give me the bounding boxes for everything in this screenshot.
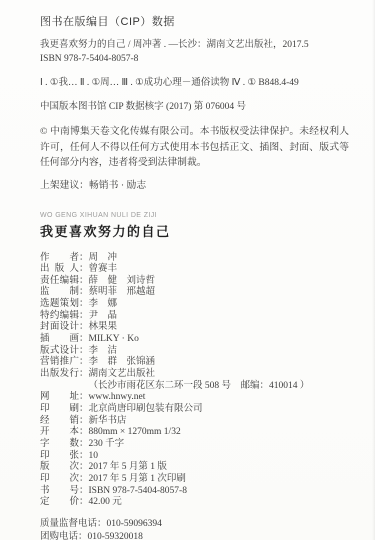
- credit-colon: ：: [79, 439, 89, 449]
- credit-label: 网址: [40, 392, 79, 404]
- credit-colon: ：: [79, 276, 89, 286]
- credit-label: 出版发行: [40, 369, 79, 381]
- quality-supervision-phone: 质量监督电话：010-59096394: [40, 518, 349, 531]
- credit-label: 经销: [40, 416, 79, 428]
- credit-value: 2017 年 5 月第 1 次印刷: [89, 474, 186, 486]
- credit-colon: ：: [79, 287, 89, 297]
- credit-row-author: 作者：周 冲: [40, 253, 349, 265]
- credit-value: MILKY · Ko: [89, 334, 139, 346]
- credit-colon: ：: [79, 392, 89, 402]
- credit-value: 蔡明菲 邢越超: [89, 287, 156, 299]
- cip-isbn: ISBN 978-7-5404-8057-8: [40, 53, 349, 67]
- credit-row-illustration: 插画：MILKY · Ko: [40, 334, 349, 346]
- credit-row-topic-planning: 选题策划：李 娜: [40, 299, 349, 311]
- credit-colon: ：: [79, 334, 89, 344]
- credit-value: 曾赛丰: [89, 264, 118, 276]
- credit-row-layout-design: 版式设计：李 洁: [40, 346, 349, 358]
- credit-colon: ：: [79, 253, 89, 263]
- credit-label: 版次: [40, 462, 79, 474]
- credit-colon: ：: [79, 322, 89, 332]
- credit-label: 开本: [40, 427, 79, 439]
- credit-value: 李 洁: [89, 346, 118, 358]
- credit-value: ISBN 978-7-5404-8057-8: [89, 486, 187, 498]
- credit-value: 10: [89, 451, 99, 463]
- credit-value: www.hnwy.net: [89, 392, 146, 404]
- credit-value: 李 娜: [89, 299, 118, 311]
- book-title-pinyin: WO GENG XIHUAN NULI DE ZIJI: [40, 212, 349, 219]
- credit-colon: ：: [79, 416, 89, 426]
- credit-label: 插画: [40, 334, 79, 346]
- credit-value: 湖南文艺出版社 （长沙市雨花区东二环一段 508 号 邮编：410014 ）: [89, 369, 310, 392]
- credit-row-website: 网址：www.hnwy.net: [40, 392, 349, 404]
- title-block: WO GENG XIHUAN NULI DE ZIJI 我更喜欢努力的自己: [40, 212, 349, 240]
- copyright-notice: © 中南博集天卷文化传媒有限公司。本书版权受法律保护。未经权利人许可，任何人不得…: [40, 124, 349, 171]
- credit-colon: ：: [79, 264, 89, 274]
- cip-classification: Ⅰ . ①我… Ⅱ . ①周… Ⅲ . ①成功心理－通俗读物 Ⅳ . ① B84…: [40, 74, 349, 88]
- credit-label: 封面设计: [40, 322, 79, 334]
- cip-header: 图书在版编目（CIP）数据: [40, 13, 349, 29]
- credit-value: 李 群 张锦涵: [89, 357, 156, 369]
- credit-colon: ：: [79, 497, 89, 507]
- credit-label: 印刷: [40, 404, 79, 416]
- credit-value: 42.00 元: [89, 497, 122, 509]
- credit-row-impression: 印次：2017 年 5 月第 1 次印刷: [40, 474, 349, 486]
- credit-label: 监制: [40, 287, 79, 299]
- credit-value: 230 千字: [89, 439, 125, 451]
- credit-label: 印次: [40, 474, 79, 486]
- credit-row-price: 定价：42.00 元: [40, 497, 349, 509]
- credit-label: 书号: [40, 486, 79, 498]
- credit-value: 薛 健 刘诗哲: [89, 276, 156, 288]
- cip-record-number: 中国版本图书馆 CIP 数据核字 (2017) 第 076004 号: [40, 98, 349, 112]
- credit-colon: ：: [79, 311, 89, 321]
- phone-block: 质量监督电话：010-59096394 团购电话：010-59320018: [40, 518, 349, 540]
- credit-row-format: 开本：880mm × 1270mm 1/32: [40, 427, 349, 439]
- credit-label: 特约编辑: [40, 311, 79, 323]
- credit-colon: ：: [79, 357, 89, 367]
- credit-label: 营销推广: [40, 357, 79, 369]
- credit-row-word-count: 字数：230 千字: [40, 439, 349, 451]
- credit-label: 责任编辑: [40, 276, 79, 288]
- credit-value: 周 冲: [89, 253, 118, 265]
- credit-label: 出版人: [40, 264, 79, 276]
- group-purchase-phone: 团购电话：010-59320018: [40, 531, 349, 540]
- credit-row-sheets: 印张：10: [40, 451, 349, 463]
- credit-colon: ：: [79, 404, 89, 414]
- credit-label: 定价: [40, 497, 79, 509]
- credit-label: 印张: [40, 451, 79, 463]
- credits-list: 作者：周 冲 出版人：曾赛丰 责任编辑：薛 健 刘诗哲 监制：蔡明菲 邢越超 选…: [40, 253, 349, 509]
- credit-row-special-editor: 特约编辑：尹 晶: [40, 311, 349, 323]
- credit-value: 尹 晶: [89, 311, 118, 323]
- credit-colon: ：: [79, 451, 89, 461]
- credit-label: 选题策划: [40, 299, 79, 311]
- credit-colon: ：: [79, 299, 89, 309]
- shelving-suggestion: 上架建议：畅销书 · 励志: [40, 177, 349, 191]
- credit-colon: ：: [79, 462, 89, 472]
- credit-row-printer: 印刷：北京尚唐印刷包装有限公司: [40, 404, 349, 416]
- credit-colon: ：: [79, 427, 89, 437]
- copyright-page: 图书在版编目（CIP）数据 我更喜欢努力的自己 / 周冲著 . —长沙：湖南文艺…: [0, 0, 375, 540]
- credit-row-supervisor: 监制：蔡明菲 邢越超: [40, 287, 349, 299]
- credit-value: 林果果: [89, 322, 118, 334]
- credit-label: 版式设计: [40, 346, 79, 358]
- credit-label: 作者: [40, 253, 79, 265]
- credit-value: 新华书店: [89, 416, 127, 428]
- credit-row-isbn: 书号：ISBN 978-7-5404-8057-8: [40, 486, 349, 498]
- credit-colon: ：: [79, 486, 89, 496]
- cip-entry-line: 我更喜欢努力的自己 / 周冲著 . —长沙：湖南文艺出版社，2017.5: [40, 39, 349, 53]
- credit-row-cover-design: 封面设计：林果果: [40, 322, 349, 334]
- credit-row-distributor: 经销：新华书店: [40, 416, 349, 428]
- credit-value: 2017 年 5 月第 1 版: [89, 462, 167, 474]
- credit-row-publishing-house: 出版发行：湖南文艺出版社 （长沙市雨花区东二环一段 508 号 邮编：41001…: [40, 369, 349, 392]
- credit-value: 北京尚唐印刷包装有限公司: [89, 404, 203, 416]
- credit-row-edition: 版次：2017 年 5 月第 1 版: [40, 462, 349, 474]
- cip-entry: 我更喜欢努力的自己 / 周冲著 . —长沙：湖南文艺出版社，2017.5 ISB…: [40, 39, 349, 66]
- credit-row-publisher: 出版人：曾赛丰: [40, 264, 349, 276]
- credit-row-marketing: 营销推广：李 群 张锦涵: [40, 357, 349, 369]
- credit-row-editor: 责任编辑：薛 健 刘诗哲: [40, 276, 349, 288]
- book-title: 我更喜欢努力的自己: [40, 221, 349, 240]
- credit-colon: ：: [79, 474, 89, 484]
- credit-colon: ：: [79, 369, 89, 379]
- credit-colon: ：: [79, 346, 89, 356]
- credit-value: 880mm × 1270mm 1/32: [89, 427, 181, 439]
- credit-label: 字数: [40, 439, 79, 451]
